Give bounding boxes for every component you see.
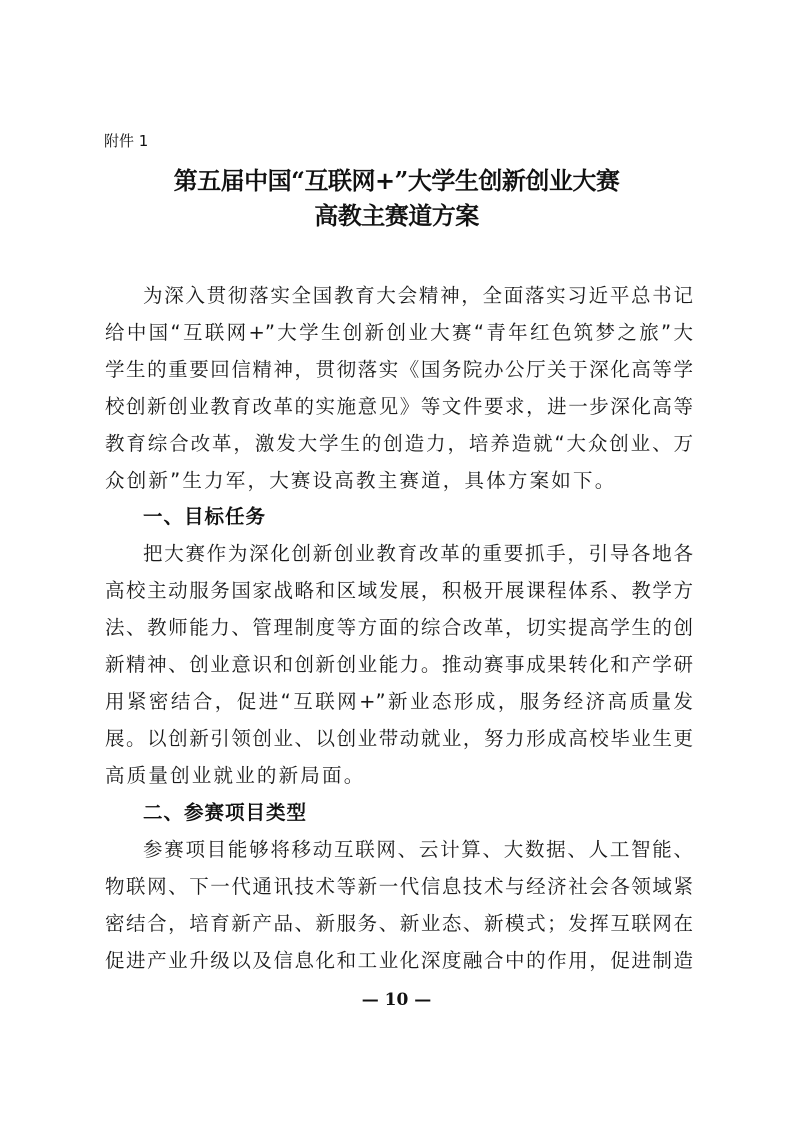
document-page: 附件 1 第五届中国“互联网+”大学生创新创业大赛 高教主赛道方案 为深入贯彻落… xyxy=(0,0,793,1122)
section-heading-project-types: 二、参赛项目类型 xyxy=(143,794,307,831)
intro-line: 校创新创业教育改革的实施意见》等文件要求，进一步深化高等 xyxy=(105,388,693,425)
section-2-line: 促进产业升级以及信息化和工业化深度融合中的作用，促进制造 xyxy=(105,942,693,979)
section-heading-goals: 一、目标任务 xyxy=(143,498,266,535)
section-1-line: 高校主动服务国家战略和区域发展，积极开展课程体系、教学方 xyxy=(105,572,693,609)
intro-line: 学生的重要回信精神，贯彻落实《国务院办公厅关于深化高等学 xyxy=(105,351,693,388)
section-2-line: 密结合，培育新产品、新服务、新业态、新模式；发挥互联网在 xyxy=(105,905,693,942)
intro-line: 众创新”生力军，大赛设高教主赛道，具体方案如下。 xyxy=(105,462,693,499)
section-1-line: 展。以创新引领创业、以创业带动就业，努力形成高校毕业生更 xyxy=(105,720,693,757)
page-number: — 10 — xyxy=(0,986,793,1014)
section-2-line: 物联网、下一代通讯技术等新一代信息技术与经济社会各领域紧 xyxy=(105,868,693,905)
document-title-line-1: 第五届中国“互联网+”大学生创新创业大赛 xyxy=(0,163,793,199)
document-title-line-2: 高教主赛道方案 xyxy=(0,198,793,234)
intro-line: 为深入贯彻落实全国教育大会精神，全面落实习近平总书记 xyxy=(143,277,693,314)
section-1-line: 法、教师能力、管理制度等方面的综合改革，切实提高学生的创 xyxy=(105,609,693,646)
section-1-line: 用紧密结合，促进“互联网+”新业态形成，服务经济高质量发 xyxy=(105,683,693,720)
section-1-line: 新精神、创业意识和创新创业能力。推动赛事成果转化和产学研 xyxy=(105,646,693,683)
section-1-line: 高质量创业就业的新局面。 xyxy=(105,757,693,794)
attachment-label: 附件 1 xyxy=(104,130,148,152)
intro-line: 给中国“互联网+”大学生创新创业大赛“青年红色筑梦之旅”大 xyxy=(105,314,693,351)
section-2-line: 参赛项目能够将移动互联网、云计算、大数据、人工智能、 xyxy=(143,831,693,868)
intro-line: 教育综合改革，激发大学生的创造力，培养造就“大众创业、万 xyxy=(105,425,693,462)
section-1-line: 把大赛作为深化创新创业教育改革的重要抓手，引导各地各 xyxy=(143,535,693,572)
